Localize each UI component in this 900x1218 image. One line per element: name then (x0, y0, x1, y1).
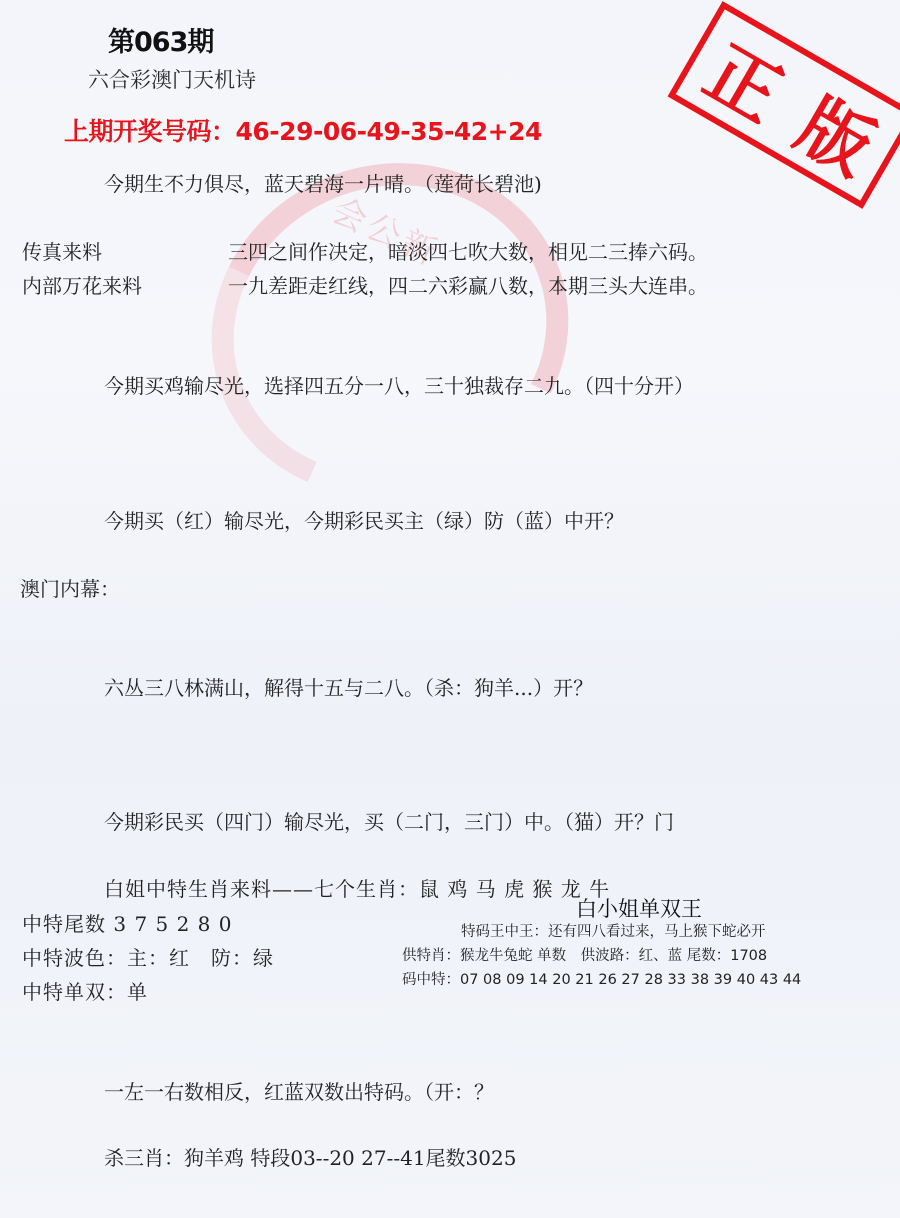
baixiaojie-line-1: 特码王中王：还有四八看过来，马上猴下蛇必开 (461, 920, 766, 941)
poem-line-1: 今期生不力俱尽，蓝天碧海一片晴。（莲荷长碧池) (104, 168, 542, 197)
baijie-odd-even: 中特单双：单 (22, 976, 148, 1005)
poem-line-chicken: 今期买鸡输尽光，选择四五分一八，三十独裁存二九。（四十分开） (104, 370, 694, 399)
footer-line-2: 杀三肖：狗羊鸡 特段03--20 27--41尾数3025 (104, 1142, 592, 1171)
inner-text: 一九差距走红线，四二六彩赢八数，本期三头大连串。 (228, 270, 708, 299)
fax-text: 三四之间作决定，暗淡四七吹大数，相见二三捧六码。 (228, 236, 708, 265)
fax-label: 传真来料 (22, 236, 102, 265)
last-draw-numbers: 46-29-06-49-35-42+24 (236, 117, 542, 146)
issue-number: 第063期 (108, 20, 213, 59)
baixiaojie-line-2: 供特肖：猴龙牛兔蛇 单数 供波路：红、蓝 尾数：1708 (402, 944, 767, 965)
baixiaojie-line-3: 码中特：07 08 09 14 20 21 26 27 28 33 38 39 … (402, 968, 801, 989)
page-subtitle: 六合彩澳门天机诗 (88, 64, 256, 94)
genuine-stamp-char-1: 正 (689, 15, 803, 141)
inner-label: 内部万花来料 (22, 270, 142, 299)
genuine-stamp: 正 版 (668, 1, 900, 209)
baijie-tail-numbers: 中特尾数 3 7 5 2 8 0 (22, 908, 233, 937)
baijie-zodiac-intro: 白姐中特生肖来料——七个生肖：鼠 鸡 马 虎 猴 龙 牛 (104, 873, 610, 902)
last-draw-label: 上期开奖号码： (64, 117, 236, 146)
poem-line-color: 今期买（红）输尽光，今期彩民买主（绿）防（蓝）中开？ (104, 505, 624, 534)
macau-inside-line-1: 六丛三八林满山，解得十五与二八。（杀：狗羊...）开？ (104, 672, 593, 701)
baixiaojie-title: 白小姐单双王 (576, 893, 702, 923)
baijie-wave-color: 中特波色：主：红 防：绿 (22, 942, 274, 971)
genuine-stamp-char-2: 版 (781, 69, 895, 195)
macau-inside-line-2: 今期彩民买（四门）输尽光，买（二门，三门）中。（猫）开？门 (104, 806, 674, 835)
last-draw-result: 上期开奖号码：46-29-06-49-35-42+24 (64, 112, 542, 148)
macau-inside-label: 澳门内幕： (20, 573, 120, 602)
footer-line-1: 一左一右数相反，红蓝双数出特码。（开：？ (104, 1076, 592, 1105)
